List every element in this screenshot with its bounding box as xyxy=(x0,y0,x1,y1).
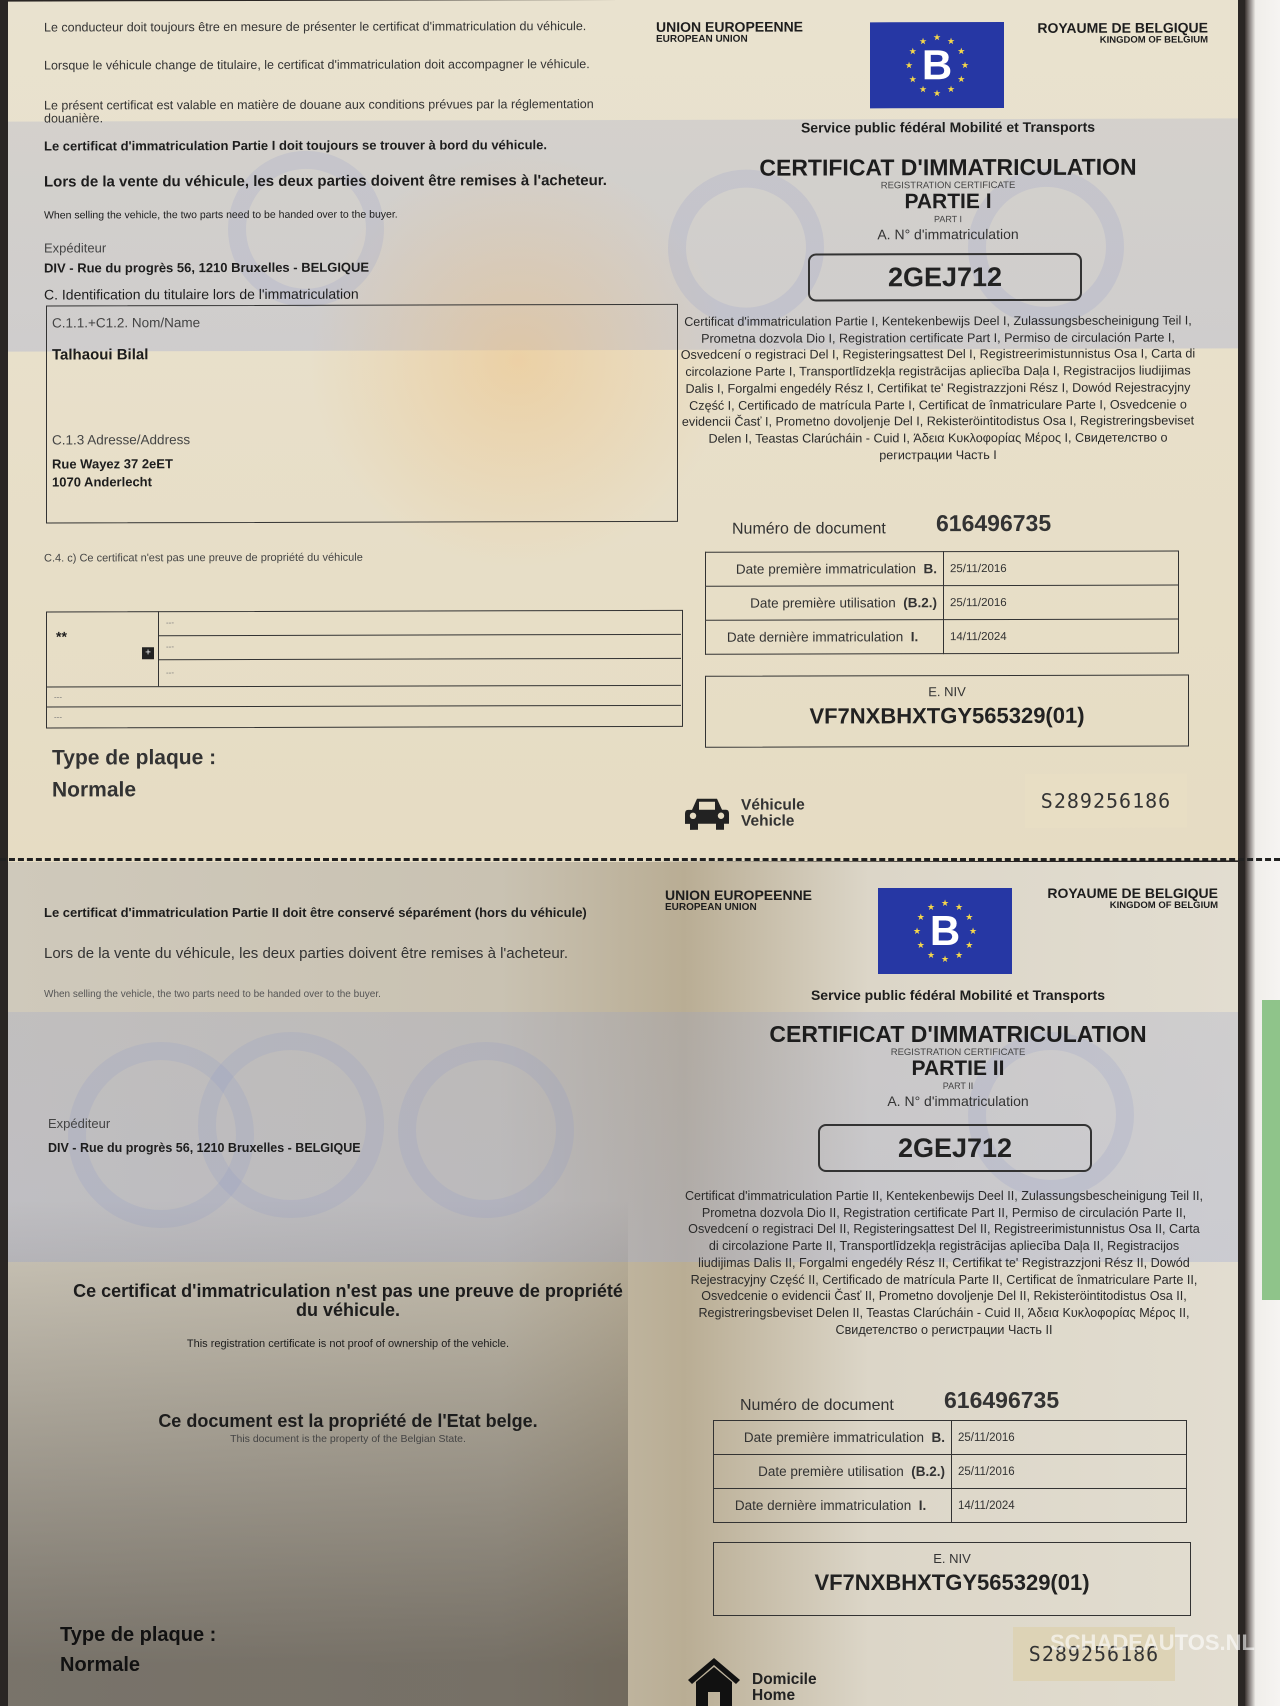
part-label: PARTIE II xyxy=(708,1058,1208,1080)
sale-notice-en: When selling the vehicle, the two parts … xyxy=(44,209,614,222)
kingdom-label-fr: ROYAUME DE BELGIQUE xyxy=(1018,886,1218,901)
vin-value: VF7NXBHXTGY565329(01) xyxy=(706,703,1188,730)
address-line-1: Rue Wayez 37 2eET xyxy=(52,457,173,471)
car-icon xyxy=(684,796,730,832)
document-number-label: Numéro de document xyxy=(740,1398,894,1415)
star-icon: ★ xyxy=(913,927,921,936)
date-row: Date première utilisation (B.2.)25/11/20… xyxy=(706,585,1179,620)
sale-notice-fr: Lors de la vente du véhicule, les deux p… xyxy=(44,946,604,962)
first-use-date: 25/11/2016 xyxy=(952,1455,1187,1489)
star-icon: ★ xyxy=(941,955,949,964)
part-label-en: PART II xyxy=(708,1082,1208,1091)
part-label: PARTIE I xyxy=(698,190,1198,213)
sale-notice-en: When selling the vehicle, the two parts … xyxy=(44,990,604,1001)
plus-icon: + xyxy=(142,647,154,659)
registration-number: 2GEJ712 xyxy=(808,253,1082,302)
document-title: CERTIFICAT D'IMMATRICULATION xyxy=(708,1022,1208,1046)
sender-label: Expéditeur xyxy=(48,1117,110,1131)
grid-box xyxy=(46,610,683,729)
star-icon: ★ xyxy=(965,941,973,950)
star-icon: ★ xyxy=(957,75,965,84)
eu-label-en: EUROPEAN UNION xyxy=(665,903,757,914)
vin-value: VF7NXBHXTGY565329(01) xyxy=(714,1570,1190,1596)
ownership-note: C.4. c) Ce certificat n'est pas une preu… xyxy=(44,553,363,565)
sender-address: DIV - Rue du progrès 56, 1210 Bruxelles … xyxy=(44,261,369,275)
star-icon: ★ xyxy=(965,913,973,922)
not-proof-notice-fr: Ce certificat d'immatriculation n'est pa… xyxy=(68,1282,628,1320)
multilingual-title-list: Certificat d'immatriculation Partie II, … xyxy=(684,1188,1204,1338)
document-number-label: Numéro de document xyxy=(732,521,886,538)
service-name: Service public fédéral Mobilité et Trans… xyxy=(728,120,1168,136)
serial-number: S289256186 xyxy=(1025,774,1187,828)
plate-type-label: Type de plaque : xyxy=(60,1625,216,1646)
vin-label: E. NIV xyxy=(714,1551,1190,1566)
document-title: CERTIFICAT D'IMMATRICULATION xyxy=(698,154,1198,179)
grid-cell: --- xyxy=(166,643,174,651)
notice-3: Le présent certificat est valable en mat… xyxy=(44,98,614,126)
address-line-2: 1070 Anderlecht xyxy=(52,475,152,489)
home-label-en: Home xyxy=(752,1688,795,1704)
date-row: Date première immatriculation B.25/11/20… xyxy=(714,1421,1187,1455)
date-row: Date première immatriculation B.25/11/20… xyxy=(706,551,1179,586)
registration-label: A. N° d'immatriculation xyxy=(708,1094,1208,1109)
state-property-en: This document is the property of the Bel… xyxy=(68,1434,628,1445)
plate-type-value: Normale xyxy=(60,1655,140,1676)
holder-name: Talhaoui Bilal xyxy=(52,347,148,363)
star-icon: ★ xyxy=(961,61,969,70)
star-icon: ★ xyxy=(917,913,925,922)
home-label-fr: Domicile xyxy=(752,1672,817,1688)
vehicle-label-fr: Véhicule xyxy=(741,798,805,814)
not-proof-notice-en: This registration certificate is not pro… xyxy=(68,1339,628,1351)
star-icon: ★ xyxy=(909,47,917,56)
plate-type-label: Type de plaque : xyxy=(52,747,216,769)
vehicle-label-en: Vehicle xyxy=(741,814,794,830)
home-icon xyxy=(686,1656,742,1706)
holder-section-label: C. Identification du titulaire lors de l… xyxy=(44,287,359,303)
grid-cell: --- xyxy=(166,619,174,627)
first-registration-date: 25/11/2016 xyxy=(944,551,1179,586)
star-icon: ★ xyxy=(905,61,913,70)
star-icon: ★ xyxy=(909,75,917,84)
certificate-part-1: Le conducteur doit toujours être en mesu… xyxy=(8,0,1238,864)
date-row: Date première utilisation (B.2.)25/11/20… xyxy=(714,1455,1187,1489)
certificate-part-2: Le certificat d'immatriculation Partie I… xyxy=(8,862,1238,1706)
first-use-date: 25/11/2016 xyxy=(944,585,1179,620)
name-label: C.1.1.+C1.2. Nom/Name xyxy=(52,316,200,331)
vin-box: E. NIV VF7NXBHXTGY565329(01) xyxy=(713,1542,1191,1616)
part-label-en: PART I xyxy=(698,214,1198,225)
perforation-line xyxy=(0,858,1280,861)
service-name: Service public fédéral Mobilité et Trans… xyxy=(738,988,1178,1003)
registration-label: A. N° d'immatriculation xyxy=(698,226,1198,242)
kingdom-label-en: KINGDOM OF BELGIUM xyxy=(1008,35,1208,45)
eu-label-fr: UNION EUROPEENNE xyxy=(656,20,803,35)
notice-2: Lorsque le véhicule change de titulaire,… xyxy=(44,58,614,73)
grid-cell: --- xyxy=(166,669,174,677)
dates-table: Date première immatriculation B.25/11/20… xyxy=(705,551,1179,655)
star-icon: ★ xyxy=(969,927,977,936)
sale-notice-fr: Lors de la vente du véhicule, les deux p… xyxy=(44,173,614,190)
sender-label: Expéditeur xyxy=(44,241,106,255)
separate-storage-notice: Le certificat d'immatriculation Partie I… xyxy=(44,906,604,920)
sender-address: DIV - Rue du progrès 56, 1210 Bruxelles … xyxy=(48,1142,361,1155)
kingdom-label-en: KINGDOM OF BELGIUM xyxy=(1018,901,1218,911)
dates-table: Date première immatriculation B.25/11/20… xyxy=(713,1420,1187,1523)
multilingual-title-list: Certificat d'immatriculation Partie I, K… xyxy=(678,312,1198,464)
first-registration-date: 25/11/2016 xyxy=(952,1421,1187,1455)
document-number: 616496735 xyxy=(944,1388,1059,1412)
kingdom-label-fr: ROYAUME DE BELGIQUE xyxy=(1008,20,1208,35)
vin-label: E. NIV xyxy=(706,684,1188,700)
eu-flag-icon: ★★★★★★★★★★★★ B xyxy=(878,888,1012,974)
vin-box: E. NIV VF7NXBHXTGY565329(01) xyxy=(705,675,1189,748)
plate-type-value: Normale xyxy=(52,779,136,801)
state-property-fr: Ce document est la propriété de l'Etat b… xyxy=(68,1412,628,1431)
registration-number: 2GEJ712 xyxy=(818,1124,1092,1172)
document-number: 616496735 xyxy=(936,511,1051,535)
background-green-strip xyxy=(1262,1000,1280,1300)
eu-flag-icon: ★★★★★★★★★★★★ B xyxy=(870,22,1004,108)
star-icon: ★ xyxy=(957,47,965,56)
watermark: SCHADEAUTOS.NL xyxy=(1050,1630,1255,1656)
last-registration-date: 14/11/2024 xyxy=(952,1489,1187,1523)
address-label: C.1.3 Adresse/Address xyxy=(52,433,190,448)
grid-cell: --- xyxy=(54,693,62,701)
on-board-notice: Le certificat d'immatriculation Partie I… xyxy=(44,138,584,153)
date-row: Date dernière immatriculation I. 14/11/2… xyxy=(714,1489,1187,1523)
grid-star: ** xyxy=(56,629,67,644)
holder-box xyxy=(46,304,678,524)
eu-label-fr: UNION EUROPEENNE xyxy=(665,888,812,903)
last-registration-date: 14/11/2024 xyxy=(944,619,1179,654)
notice-1: Le conducteur doit toujours être en mesu… xyxy=(44,20,614,35)
background-paper-edge xyxy=(1245,0,1280,1706)
star-icon: ★ xyxy=(933,89,941,98)
eu-label-en: EUROPEAN UNION xyxy=(656,35,748,46)
star-icon: ★ xyxy=(917,941,925,950)
date-row: Date dernière immatriculation I. 14/11/2… xyxy=(706,619,1179,654)
grid-cell: --- xyxy=(54,713,62,721)
